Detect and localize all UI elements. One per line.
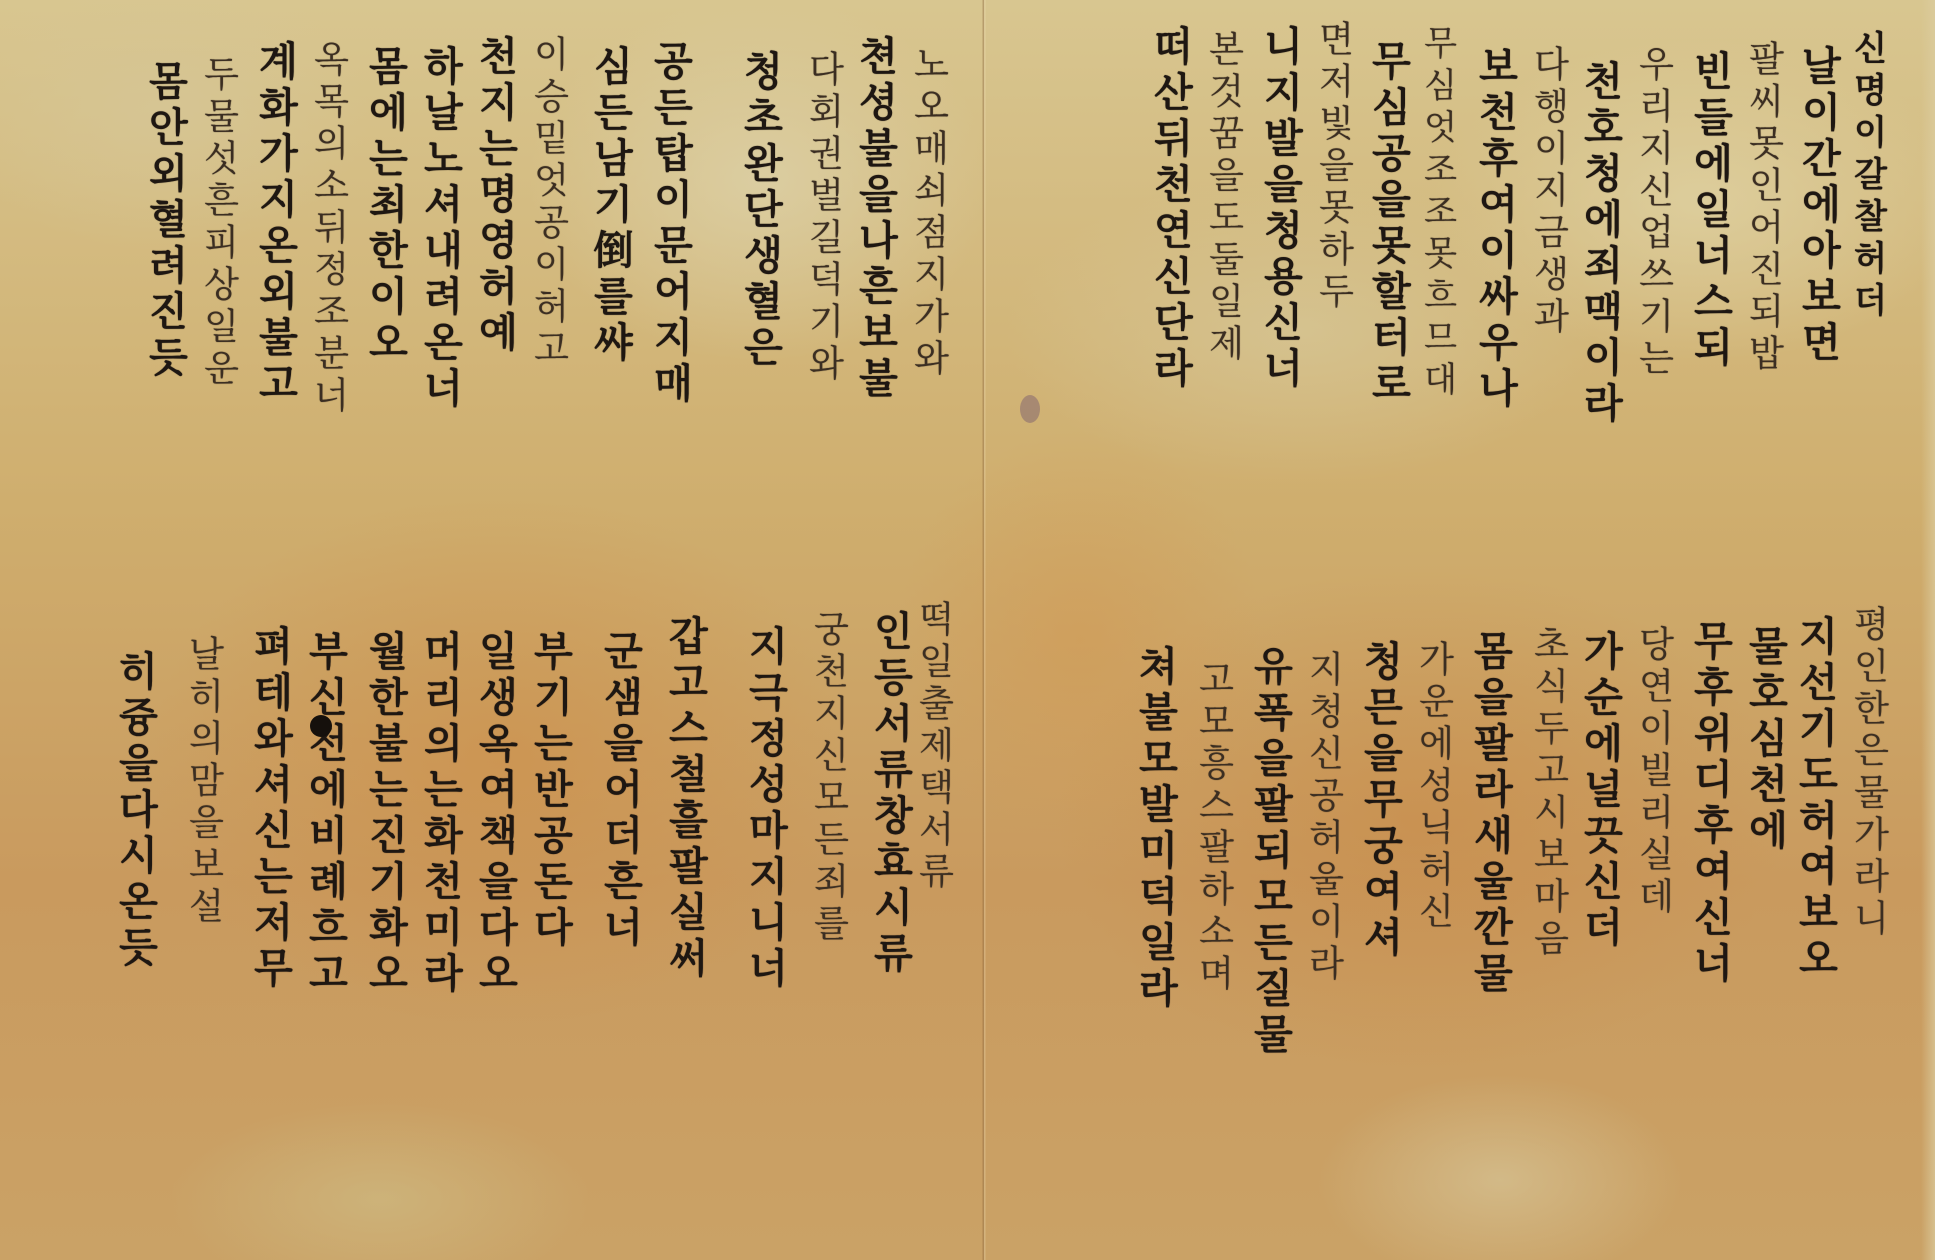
text-column: 계화가지온외불고 — [255, 40, 295, 408]
text-column: 청초완단생혈은 — [740, 50, 780, 372]
right-page: 신명이갈찰허더 날이간에아보면 팔씨못인어진되밥 빈들에일너스되 우리지신업쓰기… — [990, 0, 1935, 1260]
text-column: 당연이빌리실데 — [1635, 625, 1671, 919]
text-column: 두물섯흔피상일운 — [200, 55, 236, 391]
text-column: 히즁을다시온듯 — [115, 650, 155, 972]
text-column: 이승밑엇공이허고 — [530, 35, 566, 371]
ink-stain — [1020, 395, 1040, 423]
center-fold — [982, 0, 986, 1260]
text-column: 보천후여이싸우나 — [1475, 45, 1515, 413]
text-column: 지선기도허여보오 — [1795, 615, 1835, 983]
text-column: 지극정성마지니너 — [745, 625, 785, 993]
text-column: 날이간에아보면 — [1798, 45, 1838, 367]
text-column: 평인한은물가라니 — [1850, 605, 1886, 941]
text-column: 신명이갈찰허더 — [1850, 30, 1884, 324]
text-column: 옥목의소뒤정조분너 — [310, 40, 346, 418]
text-column: 유폭을팔되모든질물 — [1250, 645, 1290, 1059]
text-column: 니지발을청용신너 — [1260, 25, 1300, 393]
text-column: 고모흥스팔하소며 — [1195, 660, 1231, 996]
left-page: 노오매쇠점지가와 쳔셩불을나흔보불 다회권벌길덕기와 청초완단생혈은 공든탑이문… — [0, 0, 980, 1260]
text-column: 몸을팔라새울깐물 — [1470, 630, 1510, 998]
text-column: 공든탑이문어지매 — [650, 40, 690, 408]
text-column: 지청신공허울이라 — [1305, 650, 1341, 986]
text-column: 일생옥여책을다오 — [475, 630, 515, 998]
text-column: 본것꿈을도둘일제 — [1205, 30, 1241, 366]
text-column: 우리지신업쓰기는 — [1635, 45, 1671, 381]
text-column: 가순에널끗신더 — [1580, 630, 1620, 952]
text-column: 떡일출제택서류 — [915, 600, 951, 894]
manuscript-sheet: 신명이갈찰허더 날이간에아보면 팔씨못인어진되밥 빈들에일너스되 우리지신업쓰기… — [0, 0, 1935, 1260]
text-column: 떠산뒤천연신단라 — [1150, 25, 1190, 393]
text-column: 무심공을못할터로 — [1368, 40, 1408, 408]
text-column: 다행이지금생과 — [1530, 45, 1566, 339]
text-column: 무후위디후여신너 — [1690, 620, 1730, 988]
text-column: 부신전에비례흐고 — [305, 630, 345, 998]
text-column: 빈들에일너스되 — [1690, 50, 1730, 372]
text-column: 초식두고시보마음 — [1530, 625, 1566, 961]
text-column: 월한불는진기화오 — [365, 630, 405, 998]
text-column: 쳐불모발미덕일라 — [1135, 645, 1175, 1013]
text-column: 궁천지신모든죄를 — [810, 610, 846, 946]
text-column: 청믄을무궁여셔 — [1360, 640, 1400, 962]
text-column: 심든남기倒를쌰 — [590, 45, 630, 367]
text-column: 갑고스철흘팔실써 — [665, 615, 705, 983]
text-column: 면저빛을못하두 — [1315, 20, 1351, 314]
text-column: 날히의맘을보설 — [185, 635, 221, 929]
text-column: 머리의는화천미라 — [420, 630, 460, 998]
text-column: 인등서류창효시류 — [870, 610, 910, 978]
text-column: 다회권벌길덕기와 — [805, 50, 841, 386]
text-column: 군샘을어더흔너 — [600, 630, 640, 952]
text-column: 천호청에죄맥이라 — [1580, 60, 1620, 428]
text-column: 펴테와셔신는저무 — [250, 625, 290, 993]
text-column: 가운에성닉허신 — [1415, 640, 1451, 934]
text-column: 하날노셔내려온너 — [420, 45, 460, 413]
text-column: 천지는명영허예 — [475, 35, 515, 357]
text-column: 물호심천에 — [1745, 625, 1785, 855]
text-column: 부기는반공돈다 — [530, 630, 570, 952]
ink-blot — [310, 715, 332, 737]
text-column: 몸안외혈려진듯 — [145, 60, 185, 382]
text-column: 몸에는최한이오 — [365, 45, 405, 367]
text-column: 노오매쇠점지가와 — [910, 45, 946, 381]
text-column: 무심엇조조못흐므대 — [1420, 25, 1454, 403]
text-column: 팔씨못인어진되밥 — [1745, 40, 1781, 376]
text-column: 쳔셩불을나흔보불 — [855, 35, 895, 403]
